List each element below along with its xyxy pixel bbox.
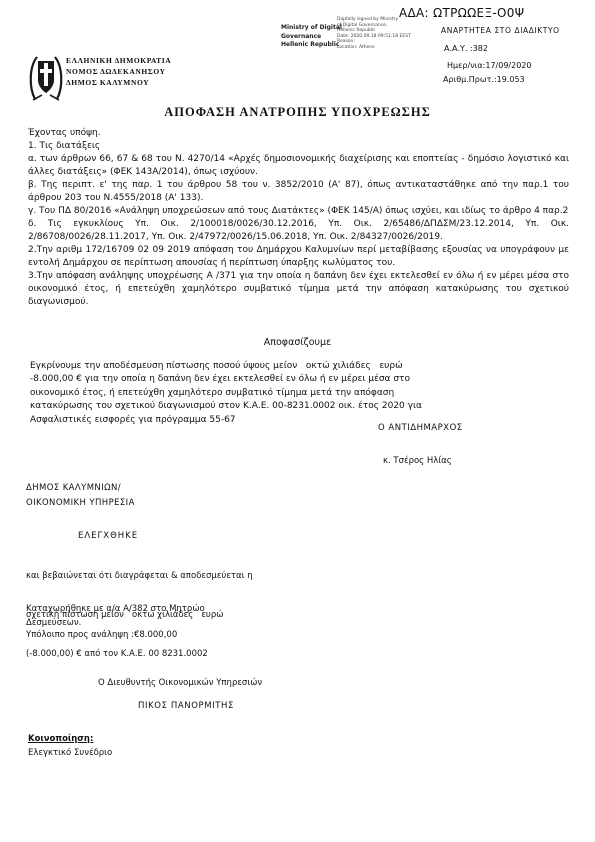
protocol-number: Αριθμ.Πρωτ.:19.053 bbox=[443, 75, 525, 84]
page-title: ΑΠΟΦΑΣΗ ΑΝΑΤΡΟΠΗΣ ΥΠΟΧΡΕΩΣΗΣ bbox=[0, 105, 595, 120]
agency-line-prefecture: ΝΟΜΟΣ ΔΩΔΕΚΑΝΗΣΟΥ bbox=[66, 66, 171, 77]
document-date: Ημερ/νια:17/09/2020 bbox=[447, 61, 531, 70]
document-page: ΑΔΑ: ΩΤΡΩΩΕΞ-Ο0Ψ Ministry of Digital Gov… bbox=[0, 0, 595, 842]
agency-line-municipality: ΔΗΜΟΣ ΚΑΛΥΜΝΟΥ bbox=[66, 77, 171, 88]
publish-note: ΑΝΑΡΤΗΤΕΑ ΣΤΟ ΔΙΑΔΙΚΤΥΟ bbox=[441, 26, 560, 35]
director-title: Ο Διευθυντής Οικονομικών Υπηρεσιών bbox=[98, 678, 262, 688]
finance-department-block: ΔΗΜΟΣ ΚΑΛΥΜΝΙΩΝ/ ΟΙΚΟΝΟΜΙΚΗ ΥΠΗΡΕΣΙΑ bbox=[26, 481, 135, 510]
item-3: 3.Την απόφαση ανάληψης υποχρέωσης Α /371… bbox=[28, 270, 569, 309]
ministry-stamp: Ministry of Digital Governance Hellenic … bbox=[281, 24, 342, 50]
hellenic-republic-emblem-icon bbox=[28, 52, 64, 104]
item-1a: α. των άρθρων 66, 67 & 68 του Ν. 4270/14… bbox=[28, 153, 569, 179]
checked-line: και βεβαιώνεται ότι διαγράφεται & αποδεσ… bbox=[26, 570, 253, 583]
item-1c: γ. Του ΠΔ 80/2016 «Ανάληψη υποχρεώσεων α… bbox=[28, 205, 569, 218]
item-2: 2.Την αριθμ 172/16709 02 09 2019 απόφαση… bbox=[28, 244, 569, 270]
remaining-balance: Υπόλοιπο προς ανάληψη :€8.000,00 bbox=[26, 630, 177, 640]
item-1b: β. Της περιπτ. ε' της παρ. 1 του άρθρου … bbox=[28, 179, 569, 205]
notification-heading: Κοινοποίηση: bbox=[28, 734, 93, 744]
deputy-mayor-title: Ο ΑΝΤΙΔΗΜΑΡΧΟΣ bbox=[378, 423, 463, 433]
decision-text: Εγκρίνουμε την αποδέσμευση πίστωσης ποσο… bbox=[30, 360, 442, 427]
director-name: ΠΙΚΟΣ ΠΑΝΟΡΜΙΤΗΣ bbox=[138, 701, 234, 711]
registry-block: Καταχωρήθηκε με α/α Α/382 στο Μητρώο Δεσ… bbox=[26, 602, 205, 630]
item-1: 1. Τις διατάξεις bbox=[28, 140, 569, 153]
finance-service-line: ΟΙΚΟΝΟΜΙΚΗ ΥΠΗΡΕΣΙΑ bbox=[26, 496, 135, 511]
municipality-line: ΔΗΜΟΣ ΚΑΛΥΜΝΙΩΝ/ bbox=[26, 481, 135, 496]
checked-heading: ΕΛΕΓΧΘΗΚΕ bbox=[78, 531, 138, 541]
signature-line: Location: Athens bbox=[337, 45, 425, 51]
having-regard-line: Έχοντας υπόψη. bbox=[28, 127, 569, 140]
deputy-mayor-name: κ. Τσέρος Ηλίας bbox=[383, 456, 452, 466]
registry-line: Δεσμεύσεων. bbox=[26, 616, 205, 630]
notification-recipient: Ελεγκτικό Συνέδριο bbox=[28, 748, 112, 758]
stamp-name-line: Governance bbox=[281, 33, 342, 42]
digital-signature-block: Digitally signed by Ministry of Digital … bbox=[337, 17, 425, 51]
checked-line: (-8.000,00) € από τον Κ.Α.Ε. 00 8231.000… bbox=[26, 648, 253, 661]
stamp-name-line: Ministry of Digital bbox=[281, 24, 342, 33]
considerations-block: Έχοντας υπόψη. 1. Τις διατάξεις α. των ά… bbox=[28, 127, 569, 309]
agency-line-republic: ΕΛΛΗΝΙΚΗ ΔΗΜΟΚΡΑΤΙΑ bbox=[66, 55, 171, 66]
agency-block: ΕΛΛΗΝΙΚΗ ΔΗΜΟΚΡΑΤΙΑ ΝΟΜΟΣ ΔΩΔΕΚΑΝΗΣΟΥ ΔΗ… bbox=[66, 55, 171, 88]
registry-line: Καταχωρήθηκε με α/α Α/382 στο Μητρώο bbox=[26, 602, 205, 616]
aay-number: Α.Α.Υ. :382 bbox=[444, 44, 488, 53]
decision-heading: Αποφασίζουμε bbox=[0, 337, 595, 348]
item-1d: δ. Τις εγκυκλίους Υπ. Οικ. 2/100018/0026… bbox=[28, 218, 569, 244]
stamp-name-line: Hellenic Republic bbox=[281, 41, 342, 50]
